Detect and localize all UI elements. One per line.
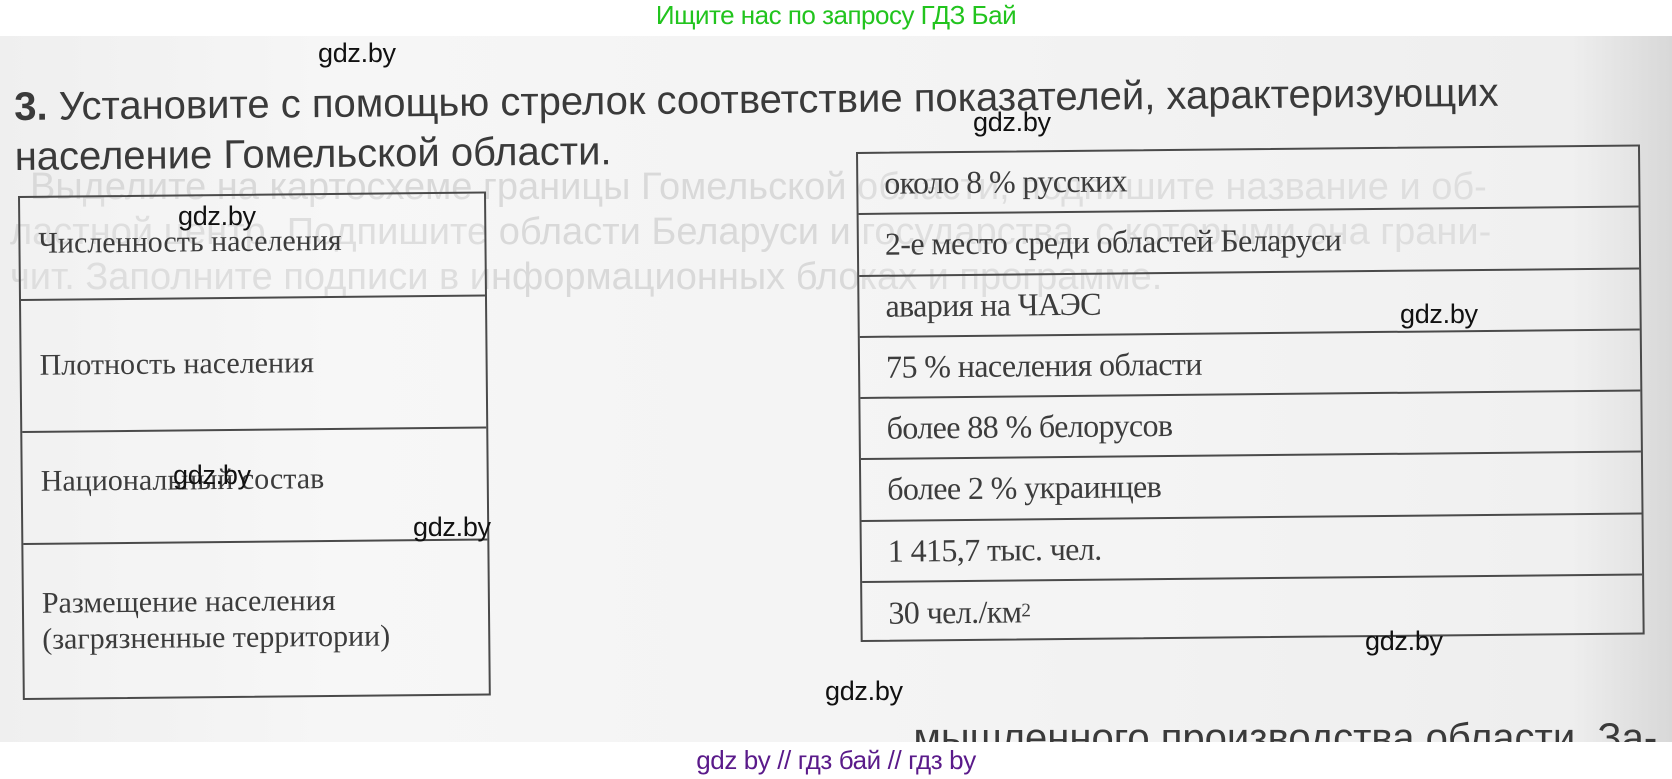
indicator-cell[interactable]: Размещение населения (загрязненные терри… [23,541,488,698]
value-cell[interactable]: авария на ЧАЭС [859,269,1640,338]
indicator-label: (загрязненные территории) [42,618,390,657]
value-cell[interactable]: более 2 % украинцев [861,453,1642,522]
watermark: gdz.by [318,38,396,69]
value-cell[interactable]: 75 % населения области [860,330,1641,399]
watermark: gdz.by [178,201,256,232]
value-cell[interactable]: более 88 % белорусов [860,391,1641,460]
indicator-cell[interactable]: Плотность населения [21,297,486,433]
value-cell[interactable]: 30 чел./км2 [862,575,1643,644]
value-cell[interactable]: 2-е место среди областей Беларуси [859,208,1640,277]
indicator-label: Плотность населения [39,345,314,384]
value-label: 2-е место среди областей Беларуси [885,222,1342,263]
top-banner: Ищите нас по запросу ГДЗ Бай [0,0,1672,36]
watermark: gdz.by [173,460,251,491]
watermark: gdz.by [973,107,1051,138]
value-label: 75 % населения области [886,346,1202,386]
indicator-label: Размещение населения [42,582,390,621]
value-label: более 88 % белорусов [886,407,1172,447]
task-number: 3. [14,85,48,129]
value-label: 1 415,7 тыс. чел. [888,530,1102,569]
value-label: более 2 % украинцев [887,468,1161,508]
value-cell[interactable]: около 8 % русских [858,146,1639,215]
watermark: gdz.by [825,676,903,707]
watermark: gdz.by [1400,299,1478,330]
next-task-partial-text: ...мышленного производства области. За- [880,716,1657,742]
value-label: около 8 % русских [884,163,1127,202]
watermark: gdz.by [413,512,491,543]
value-label: 30 чел./км [888,593,1021,631]
watermark: gdz.by [1365,626,1443,657]
value-label: авария на ЧАЭС [885,285,1101,324]
value-cell[interactable]: 1 415,7 тыс. чел. [862,514,1643,583]
textbook-page-scan: Выделите на картосхеме границы Гомельско… [0,36,1672,742]
values-table: около 8 % русских 2-е место среди област… [856,144,1645,642]
footer-banner: gdz by // гдз бай // гдз by [0,742,1672,779]
indicators-table: Численность населения Плотность населени… [18,192,491,700]
